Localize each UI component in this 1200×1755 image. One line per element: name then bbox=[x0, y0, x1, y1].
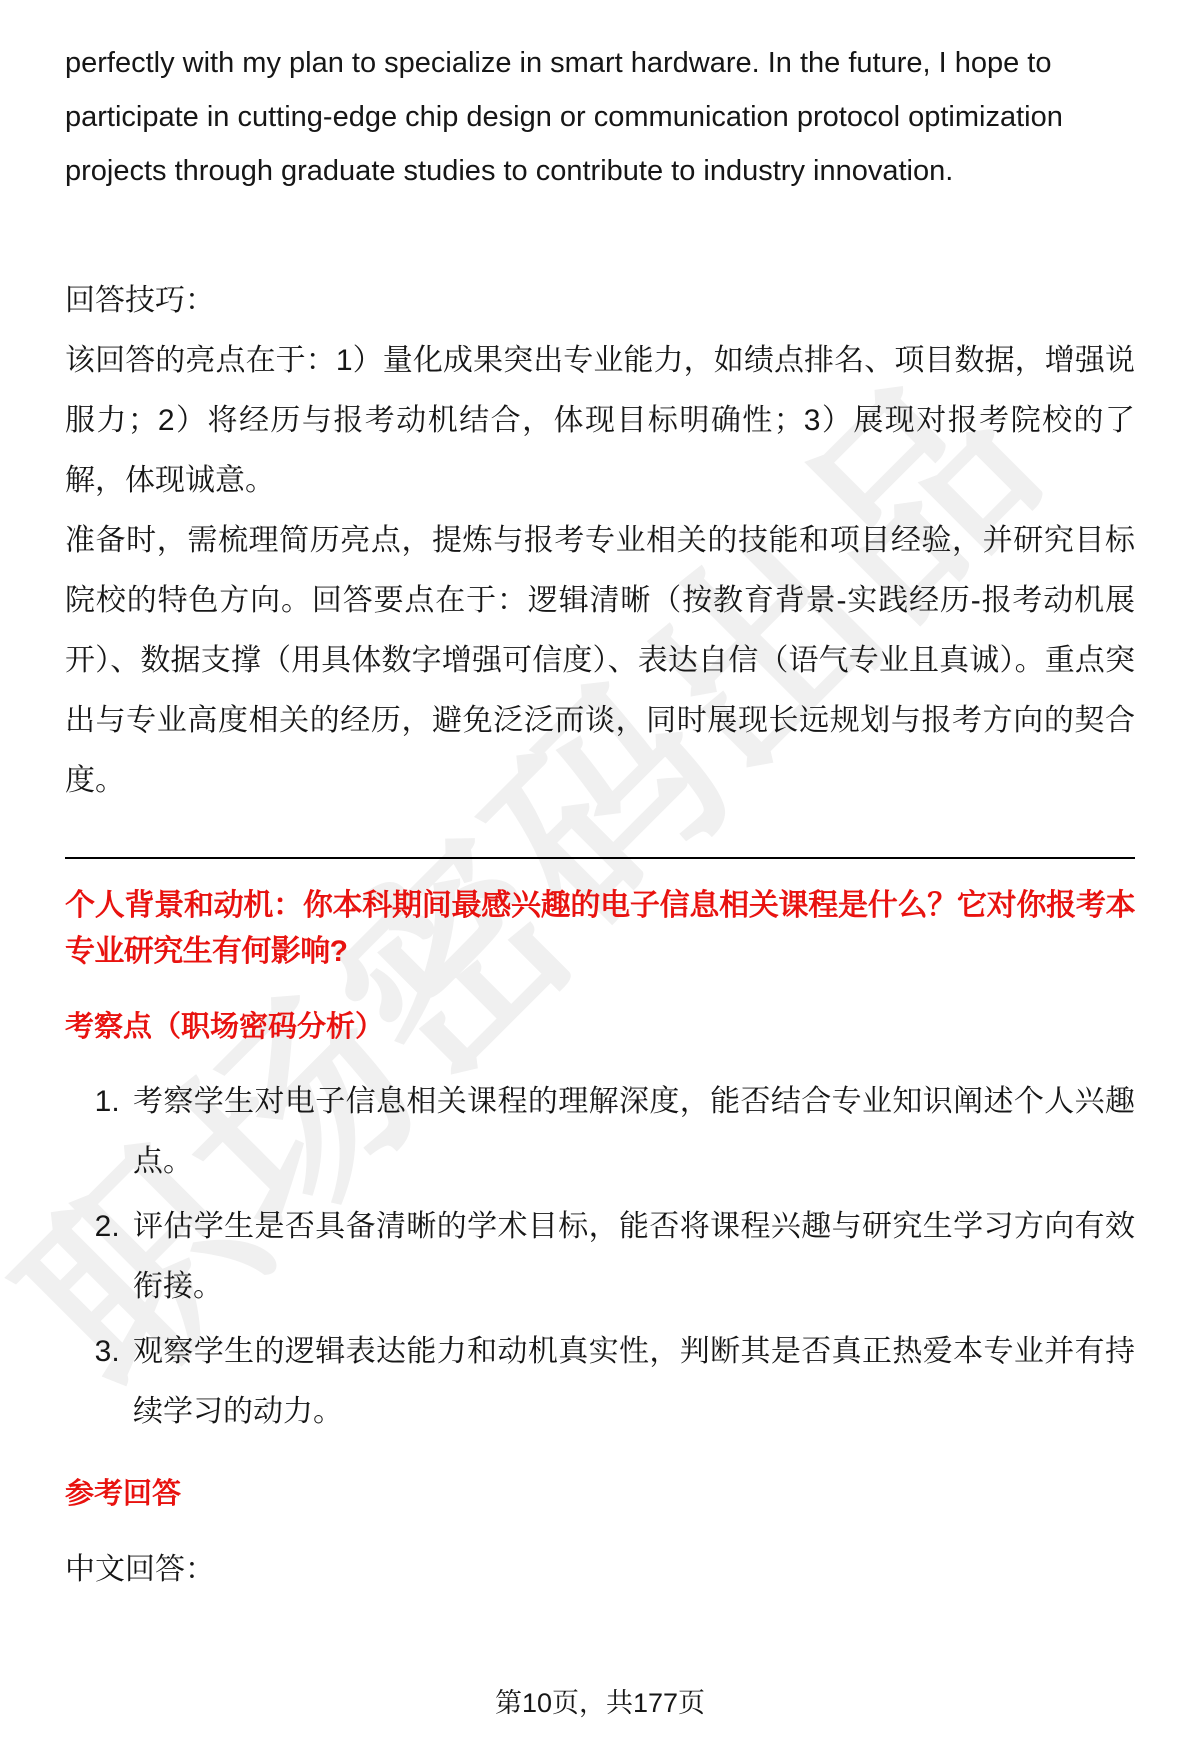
answer-tips-highlights: 该回答的亮点在于：1）量化成果突出专业能力，如绩点排名、项目数据，增强说服力；2… bbox=[65, 331, 1135, 511]
page-content: perfectly with my plan to specialize in … bbox=[0, 0, 1200, 1600]
reference-answer-heading: 参考回答 bbox=[65, 1472, 1135, 1516]
exam-point-item: 评估学生是否具备清晰的学术目标，能否将课程兴趣与研究生学习方向有效衔接。 bbox=[128, 1197, 1135, 1317]
exam-point-item: 观察学生的逻辑表达能力和动机真实性，判断其是否真正热爱本专业并有持续学习的动力。 bbox=[128, 1322, 1135, 1442]
answer-tips-preparation: 准备时，需梳理简历亮点，提炼与报考专业相关的技能和项目经验，并研究目标院校的特色… bbox=[65, 511, 1135, 811]
exam-points-list: 考察学生对电子信息相关课程的理解深度，能否结合专业知识阐述个人兴趣点。 评估学生… bbox=[65, 1072, 1135, 1442]
exam-point-item: 考察学生对电子信息相关课程的理解深度，能否结合专业知识阐述个人兴趣点。 bbox=[128, 1072, 1135, 1192]
english-answer-paragraph: perfectly with my plan to specialize in … bbox=[65, 36, 1135, 198]
section-divider bbox=[65, 857, 1135, 859]
interview-question-heading: 个人背景和动机：你本科期间最感兴趣的电子信息相关课程是什么？它对你报考本专业研究… bbox=[65, 883, 1135, 975]
chinese-answer-label: 中文回答： bbox=[65, 1540, 1135, 1600]
answer-tips-section: 回答技巧： 该回答的亮点在于：1）量化成果突出专业能力，如绩点排名、项目数据，增… bbox=[65, 271, 1135, 811]
exam-points-heading: 考察点（职场密码分析） bbox=[65, 1005, 1135, 1049]
page-number-footer: 第10页，共177页 bbox=[0, 1685, 1200, 1721]
document-page: 职场密码出品 perfectly with my plan to special… bbox=[0, 0, 1200, 1755]
answer-tips-label: 回答技巧： bbox=[65, 271, 1135, 331]
